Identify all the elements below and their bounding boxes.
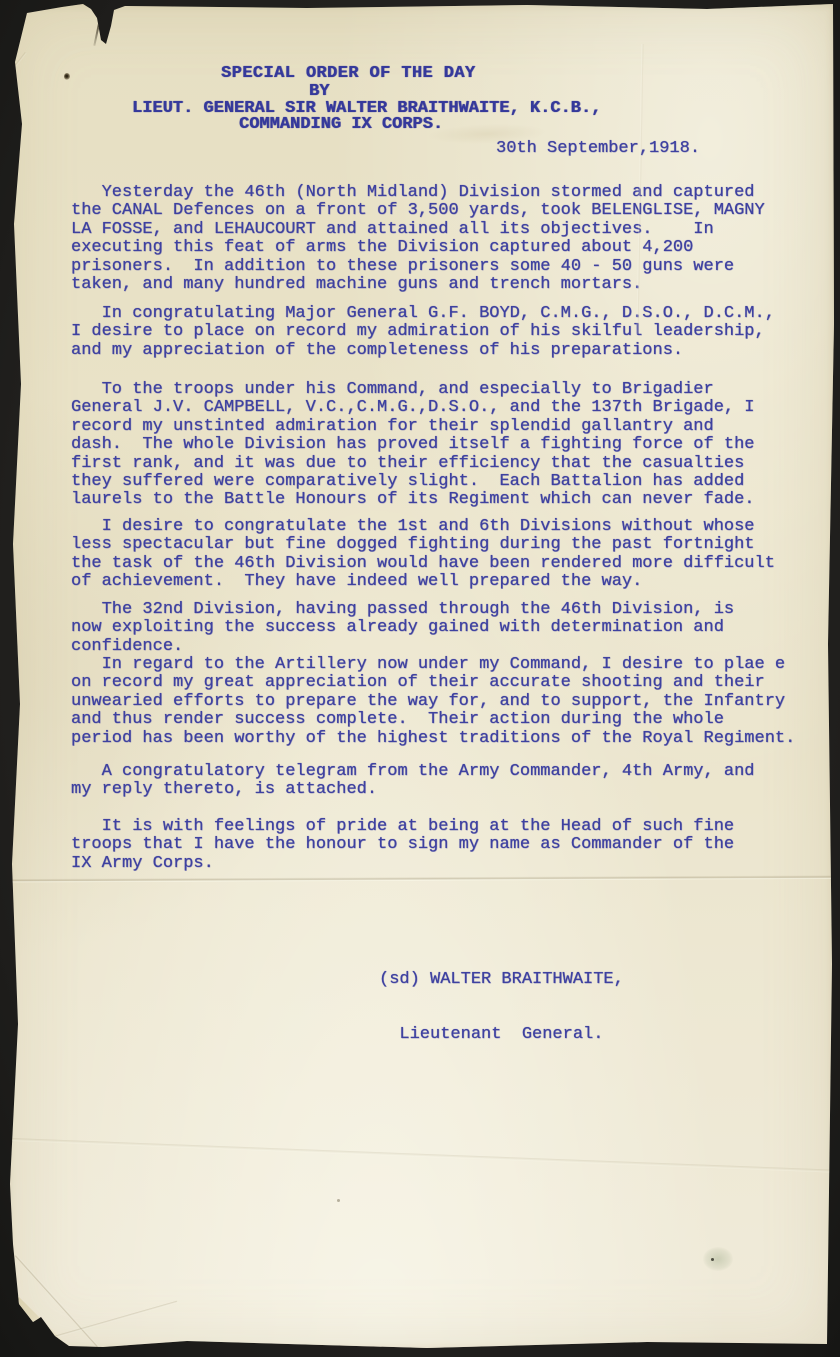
body-line: dash. The whole Division has proved itse… — [71, 436, 755, 454]
signature-name-line: (sd) WALTER BRAITHWAITE, — [379, 971, 624, 989]
document-paper: SPECIAL ORDER OF THE DAY BY LIEUT. GENER… — [7, 4, 834, 1350]
body-line: The 32nd Division, having passed through… — [71, 601, 734, 619]
paragraph: A congratulatory telegram from the Army … — [71, 763, 755, 800]
body-line: the task of the 46th Division would have… — [71, 555, 775, 573]
body-line: LA FOSSE, and LEHAUCOURT and attained al… — [71, 221, 765, 239]
paragraph: Yesterday the 46th (North Midland) Divis… — [71, 184, 765, 294]
body-line: less spectacular but fine dogged fightin… — [71, 536, 775, 554]
body-line: first rank, and it was due to their effi… — [71, 455, 755, 473]
paper-speck — [337, 1199, 340, 1202]
body-line: prisoners. In addition to these prisoner… — [71, 258, 765, 276]
body-line: confidence. — [71, 638, 734, 656]
body-line: of achievement. They have indeed well pr… — [71, 573, 775, 591]
body-line: the CANAL Defences on a front of 3,500 y… — [71, 202, 765, 220]
body-line: period has been worthy of the highest tr… — [71, 730, 795, 748]
body-line: my reply thereto, is attached. — [71, 781, 755, 799]
body-line: A congratulatory telegram from the Army … — [71, 763, 755, 781]
body-line: I desire to place on record my admiratio… — [71, 323, 775, 341]
paragraph: To the troops under his Command, and esp… — [71, 381, 755, 510]
body-line: troops that I have the honour to sign my… — [71, 836, 734, 854]
body-line: record my unstinted admiration for their… — [71, 418, 755, 436]
body-line: and thus render success complete. Their … — [71, 711, 795, 729]
paper-smudge — [427, 122, 548, 146]
body-line: laurels to the Battle Honours of its Reg… — [71, 491, 755, 509]
green-stain — [703, 1247, 733, 1271]
body-line: on record my great appreciation of their… — [71, 674, 795, 692]
document-body: Yesterday the 46th (North Midland) Divis… — [7, 4, 834, 1350]
body-line: they suffered were comparatively slight.… — [71, 473, 755, 491]
paragraph: In regard to the Artillery now under my … — [71, 656, 795, 748]
body-line: In congratulating Major General G.F. BOY… — [71, 305, 775, 323]
body-line: To the troops under his Command, and esp… — [71, 381, 755, 399]
signature-rank-line: Lieutenant General. — [379, 1026, 624, 1044]
body-line: IX Army Corps. — [71, 855, 734, 873]
paragraph: It is with feelings of pride at being at… — [71, 818, 734, 873]
signature-block: (sd) WALTER BRAITHWAITE, Lieutenant Gene… — [379, 934, 624, 1081]
body-line: now exploiting the success already gaine… — [71, 619, 734, 637]
body-line: unwearied efforts to prepare the way for… — [71, 693, 795, 711]
paragraph: I desire to congratulate the 1st and 6th… — [71, 518, 775, 592]
body-line: I desire to congratulate the 1st and 6th… — [71, 518, 775, 536]
photo-backdrop: { "document": { "header": { "lines": [ "… — [0, 0, 840, 1357]
pin-hole — [64, 73, 70, 80]
ink-speck — [711, 1258, 714, 1261]
body-line: executing this feat of arms the Division… — [71, 239, 765, 257]
paragraph: In congratulating Major General G.F. BOY… — [71, 305, 775, 360]
body-line: and my appreciation of the completeness … — [71, 342, 775, 360]
body-line: taken, and many hundred machine guns and… — [71, 276, 765, 294]
body-line: General J.V. CAMPBELL, V.C.,C.M.G.,D.S.O… — [71, 399, 755, 417]
body-line: It is with feelings of pride at being at… — [71, 818, 734, 836]
body-line: In regard to the Artillery now under my … — [71, 656, 795, 674]
paragraph: The 32nd Division, having passed through… — [71, 601, 734, 656]
body-line: Yesterday the 46th (North Midland) Divis… — [71, 184, 765, 202]
